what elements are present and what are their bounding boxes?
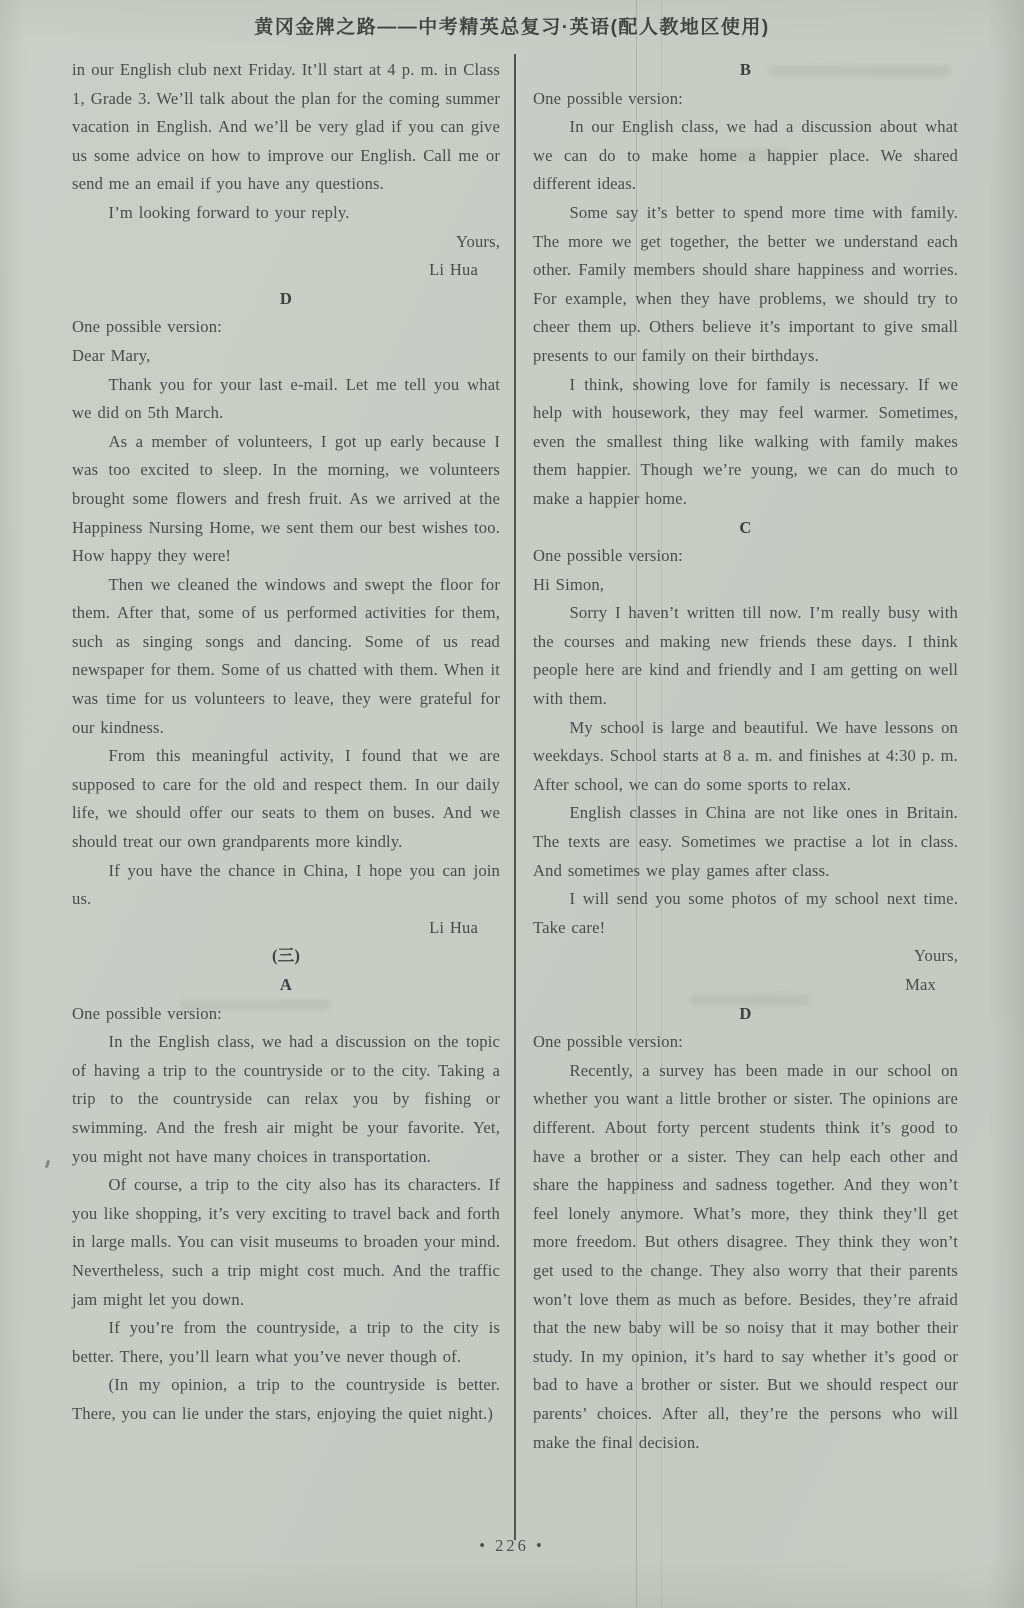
- paragraph: Thank you for your last e-mail. Let me t…: [72, 371, 500, 428]
- answer-label: One possible version:: [533, 85, 958, 114]
- page-number: • 226 •: [0, 1536, 1024, 1556]
- paragraph: In our English class, we had a discussio…: [533, 113, 958, 199]
- answer-label: One possible version:: [533, 1028, 958, 1057]
- book-header-title: 黄冈金牌之路——中考精英总复习·英语(配人教地区使用): [0, 12, 1024, 39]
- paragraph: I think, showing love for family is nece…: [533, 371, 958, 514]
- paragraph: English classes in China are not like on…: [533, 799, 958, 885]
- salutation-line: Hi Simon,: [533, 571, 958, 600]
- paragraph: As a member of volunteers, I got up earl…: [72, 428, 500, 571]
- left-column: in our English club next Friday. It’ll s…: [72, 56, 500, 1429]
- paragraph: Some say it’s better to spend more time …: [533, 199, 958, 371]
- paragraph: My school is large and beautiful. We hav…: [533, 714, 958, 800]
- section-heading: C: [533, 514, 958, 543]
- paragraph: In the English class, we had a discussio…: [72, 1028, 500, 1171]
- section-heading: B: [533, 56, 958, 85]
- section-heading: D: [533, 1000, 958, 1029]
- right-column: B One possible version: In our English c…: [533, 56, 958, 1457]
- signature-line: Yours,: [72, 228, 500, 257]
- column-divider-rule: [514, 54, 516, 1540]
- paragraph: If you have the chance in China, I hope …: [72, 857, 500, 914]
- signature-line: Yours,: [533, 942, 958, 971]
- answer-label: One possible version:: [72, 313, 500, 342]
- paragraph: Recently, a survey has been made in our …: [533, 1057, 958, 1457]
- paragraph: I’m looking forward to your reply.: [72, 199, 500, 228]
- section-heading: A: [72, 971, 500, 1000]
- exercise-set-heading: (三): [72, 942, 500, 971]
- signature-line: Max: [533, 971, 958, 1000]
- salutation-line: Dear Mary,: [72, 342, 500, 371]
- section-heading: D: [72, 285, 500, 314]
- paragraph: I will send you some photos of my school…: [533, 885, 958, 942]
- paragraph: If you’re from the countryside, a trip t…: [72, 1314, 500, 1371]
- paragraph: Sorry I haven’t written till now. I’m re…: [533, 599, 958, 713]
- signature-line: Li Hua: [72, 256, 500, 285]
- paragraph: From this meaningful activity, I found t…: [72, 742, 500, 856]
- paragraph: (In my opinion, a trip to the countrysid…: [72, 1371, 500, 1428]
- answer-label: One possible version:: [533, 542, 958, 571]
- paragraph: Of course, a trip to the city also has i…: [72, 1171, 500, 1314]
- paragraph: Then we cleaned the windows and swept th…: [72, 571, 500, 743]
- answer-label: One possible version:: [72, 1000, 500, 1029]
- paragraph: in our English club next Friday. It’ll s…: [72, 56, 500, 199]
- signature-line: Li Hua: [72, 914, 500, 943]
